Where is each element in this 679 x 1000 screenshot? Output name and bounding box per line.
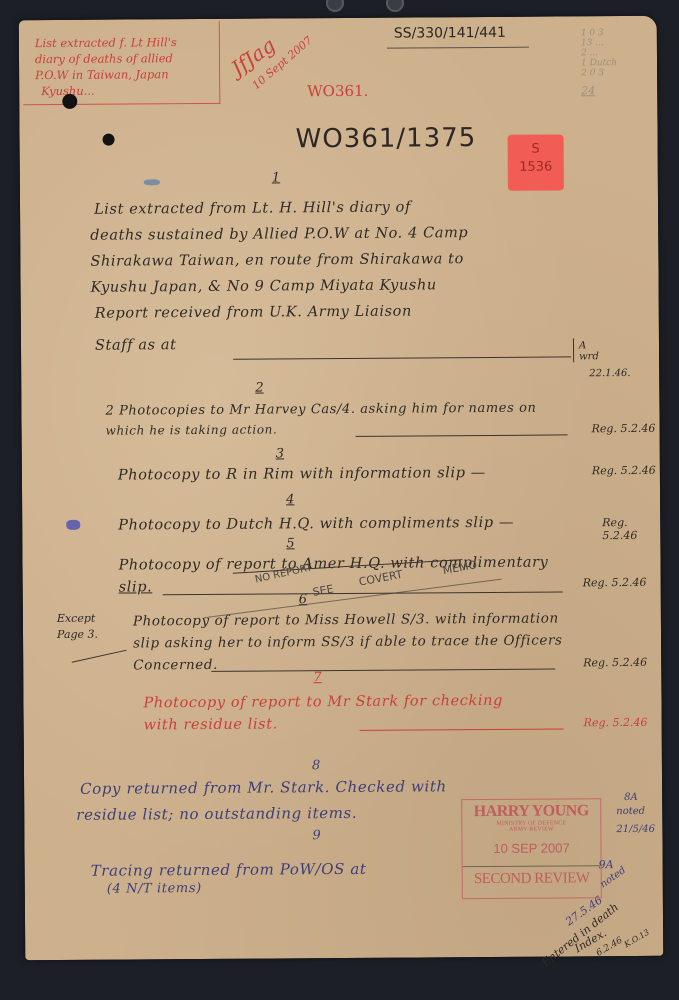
stamp-review-label: SECOND REVIEW bbox=[463, 865, 601, 888]
entry-1-line: Report received from U.K. Army Liaison bbox=[95, 304, 412, 322]
entry-1-margin-note: A wrd bbox=[579, 340, 609, 362]
entry-3-line: Photocopy to R in Rim with information s… bbox=[118, 465, 486, 484]
entry-number-5: 5 bbox=[286, 536, 294, 551]
entry-5-rule bbox=[163, 591, 563, 595]
entry-1-date: 22.1.46. bbox=[589, 368, 630, 379]
entry-2-line: 2 Photocopies to Mr Harvey Cas/4. asking… bbox=[105, 401, 536, 419]
entry-8a-note: 21/5/46 bbox=[616, 824, 655, 835]
entry-1-line: Staff as at bbox=[95, 337, 177, 354]
see-overlay: SEE bbox=[312, 582, 335, 599]
punch-hole-top bbox=[62, 94, 77, 109]
entry-6-line: Concerned. bbox=[133, 657, 218, 674]
entry-3-date: Reg. 5.2.46 bbox=[592, 464, 656, 477]
red-box-title-note: List extracted f. Lt Hill's diary of dea… bbox=[23, 21, 221, 105]
entry-number-3: 3 bbox=[276, 446, 284, 461]
entry-1-rule bbox=[233, 356, 571, 359]
entry-6-date: Reg. 5.2.46 bbox=[583, 656, 647, 669]
sticker-letter: S bbox=[508, 140, 564, 158]
entry-1-line: Shirakawa Taiwan, en route from Shirakaw… bbox=[90, 251, 464, 270]
series-reference: WO361. bbox=[307, 82, 368, 100]
entry-8a-note: noted bbox=[616, 806, 645, 817]
punch-hole-second bbox=[103, 134, 115, 146]
entry-4-line: Photocopy to Dutch H.Q. with compliments… bbox=[118, 515, 514, 534]
entry-number-2: 2 bbox=[255, 381, 263, 396]
except-page-note: Page 3. bbox=[57, 628, 98, 641]
entry-2-rule bbox=[356, 434, 568, 436]
entry-number-8: 8 bbox=[312, 758, 320, 773]
entry-number-1: 1 bbox=[272, 170, 280, 185]
entry-7-rule bbox=[360, 728, 564, 730]
index-entry-code: K.O.13 bbox=[623, 928, 651, 950]
entry-9-line: Tracing returned from PoW/OS at bbox=[91, 860, 367, 880]
entry-number-7: 7 bbox=[313, 670, 321, 685]
catalogue-reference: WO361/1375 bbox=[295, 123, 476, 154]
entry-6-line: Photocopy of report to Miss Howell S/3. … bbox=[133, 610, 559, 629]
entry-5-line: slip. bbox=[119, 579, 153, 595]
entry-6-rule bbox=[211, 669, 555, 672]
red-note-line: List extracted f. Lt Hill's bbox=[35, 35, 177, 50]
entry-7-date: Reg. 5.2.46 bbox=[584, 716, 648, 729]
except-page-note: Except bbox=[57, 612, 95, 625]
red-note-line: diary of deaths of allied bbox=[35, 51, 173, 66]
entry-8a-note: 8A bbox=[624, 792, 638, 803]
pencil-tally-notes: 1 0 3 13 ... 2 ... 1 Dutch 2 0 3 24 bbox=[581, 28, 618, 97]
entry-5-date: Reg. 5.2.46 bbox=[583, 576, 647, 589]
entry-1-margin-bar bbox=[573, 338, 574, 362]
entry-1-line: deaths sustained by Allied P.O.W at No. … bbox=[90, 225, 468, 244]
entry-8-line: Copy returned from Mr. Stark. Checked wi… bbox=[80, 777, 447, 798]
archival-document-page: List extracted f. Lt Hill's diary of dea… bbox=[19, 16, 664, 960]
margin-note-stroke bbox=[72, 650, 127, 663]
stamp-sub-unit: ARMY REVIEW bbox=[462, 826, 600, 833]
entry-6-line: slip asking her to inform SS/3 if able t… bbox=[133, 632, 563, 651]
entry-4-date: Reg. 5.2.46 bbox=[602, 516, 642, 542]
entry-number-9: 9 bbox=[312, 828, 320, 843]
ink-smudge bbox=[144, 179, 160, 185]
red-note-line: P.O.W in Taiwan, Japan bbox=[35, 67, 169, 82]
entry-2-line: which he is taking action. bbox=[106, 422, 278, 437]
stamp-reviewer-name: HARRY YOUNG bbox=[462, 802, 600, 821]
red-folio-sticker: S 1536 bbox=[508, 134, 564, 190]
sticker-number: 1536 bbox=[508, 158, 564, 176]
entry-1-line: Kyushu Japan, & No 9 Camp Miyata Kyushu bbox=[91, 277, 437, 295]
entry-7-line: Photocopy of report to Mr Stark for chec… bbox=[143, 693, 503, 712]
entry-number-4: 4 bbox=[286, 492, 294, 507]
binder-clip-right bbox=[386, 0, 404, 12]
stamp-date: 10 SEP 2007 bbox=[462, 840, 600, 856]
ink-smudge-violet bbox=[66, 520, 80, 530]
entry-2-date: Reg. 5.2.46 bbox=[592, 422, 656, 435]
entry-7-line: with residue list. bbox=[144, 716, 278, 733]
entry-8-line: residue list; no outstanding items. bbox=[76, 804, 357, 824]
entry-9a-note: 9A bbox=[599, 858, 614, 871]
entry-1-line: List extracted from Lt. H. Hill's diary … bbox=[94, 200, 411, 218]
mod-second-review-stamp: HARRY YOUNG MINISTRY OF DEFENCE ARMY REV… bbox=[461, 798, 602, 899]
reference-underline bbox=[387, 47, 529, 49]
entry-5-line: Photocopy of report to Amer H.Q. with co… bbox=[118, 555, 548, 574]
entry-number-6: 6 bbox=[299, 592, 307, 607]
file-reference-number: SS/330/141/441 bbox=[394, 25, 506, 42]
binder-clip-left bbox=[326, 0, 344, 12]
entry-9-line: (4 N/T items) bbox=[107, 881, 202, 897]
